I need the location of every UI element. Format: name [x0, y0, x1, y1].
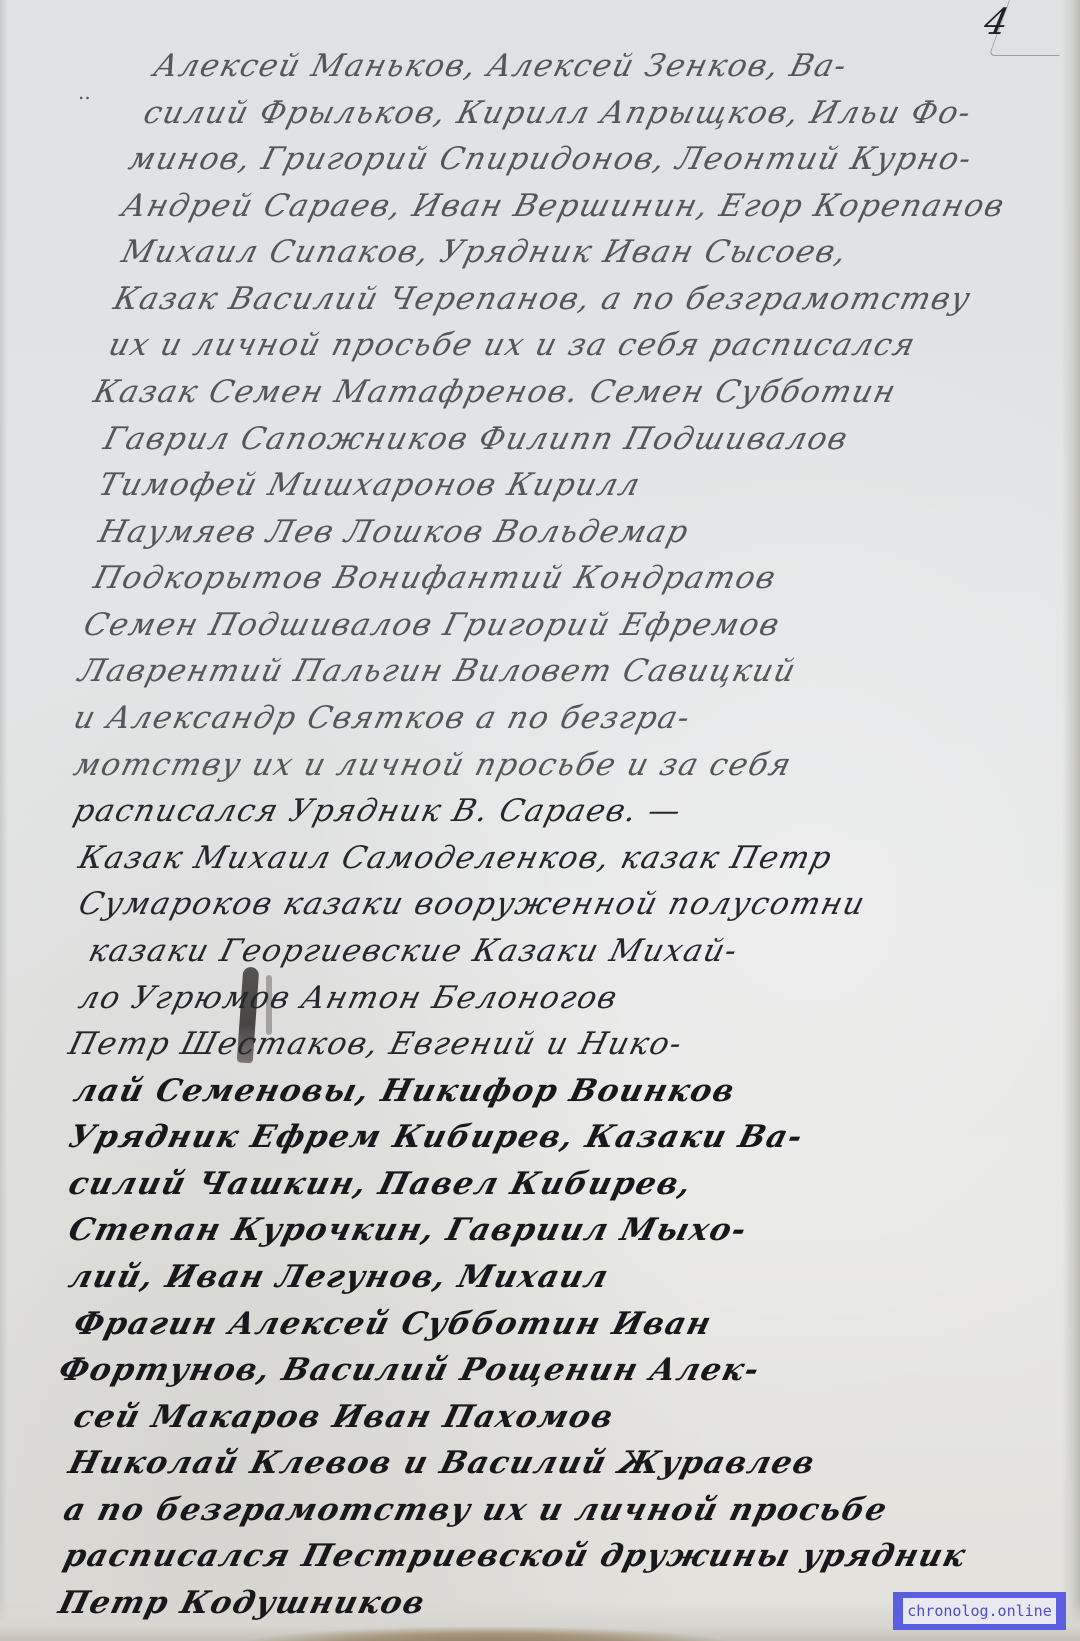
paper-right-edge	[1062, 0, 1080, 1641]
text-line: Казак Василий Черепанов, а по безграмотс…	[110, 281, 975, 317]
text-line: Подкорытов Вонифантий Кондратов	[90, 560, 780, 596]
text-line: а по безграмотству их и личной просьбе	[60, 1492, 892, 1528]
text-line: минов, Григорий Спиридонов, Леонтий Курн…	[125, 141, 976, 177]
text-line: Лаврентий Пальгин Виловет Савицкий	[75, 653, 800, 689]
text-line: Тимофей Мишхаронов Кирилл	[95, 467, 645, 503]
text-line: Сумароков казаки вооруженной полусотни	[75, 886, 869, 922]
text-line: Алексей Маньков, Алексей Зенков, Ва-	[150, 48, 851, 84]
text-line: Степан Курочкин, Гавриил Мыхо-	[65, 1212, 751, 1248]
text-line: Казак Семен Матафренов. Семен Субботин	[90, 374, 900, 410]
text-line: их и личной просьбе их и за себя расписа…	[105, 327, 920, 363]
text-line: ло Угрюмов Антон Белоногов	[75, 980, 622, 1016]
text-line: Николай Клевов и Василий Журавлев	[65, 1445, 820, 1481]
text-line: Михаил Сипаков, Урядник Иван Сысоев,	[118, 234, 852, 270]
text-line: лий, Иван Легунов, Михаил	[65, 1259, 613, 1295]
text-line: Петр Кодушников	[55, 1585, 430, 1621]
text-line: Гаврил Сапожников Филипп Подшивалов	[100, 421, 852, 457]
text-line: Фортунов, Василий Рощенин Алек-	[55, 1352, 764, 1388]
text-line: и Александр Святков а по безгра-	[70, 700, 695, 736]
text-line: лай Семеновы, Никифор Воинков	[70, 1073, 739, 1109]
watermark-badge: chronolog.online	[893, 1592, 1066, 1630]
text-line: Семен Подшивалов Григорий Ефремов	[80, 607, 784, 643]
text-line: Казак Михаил Самоделенков, казак Петр	[75, 840, 836, 876]
paper-left-edge	[0, 0, 8, 1641]
text-line: Урядник Ефрем Кибирев, Казаки Ва-	[65, 1119, 807, 1155]
document-page: 4 .. Алексей Маньков, Алексей	[0, 0, 1080, 1641]
text-line: мотству их и личной просьбе и за себя	[70, 747, 796, 783]
margin-mark: ..	[78, 80, 91, 104]
text-line: силий Фрыльков, Кирилл Апрыщков, Ильи Фо…	[140, 95, 976, 131]
text-line: Наумяев Лев Лошков Вольдемар	[95, 514, 693, 550]
text-line: Петр Шестаков, Евгений и Нико-	[65, 1026, 687, 1062]
text-line: расписался Урядник В. Сараев. —	[70, 793, 686, 829]
watermark-text: chronolog.online	[903, 1598, 1056, 1624]
text-line: силий Чашкин, Павел Кибирев,	[65, 1166, 696, 1202]
text-line: Фрагин Алексей Субботин Иван	[70, 1306, 716, 1342]
text-line: Андрей Сараев, Иван Вершинин, Егор Кореп…	[118, 188, 1009, 224]
text-line: сей Макаров Иван Пахомов	[70, 1399, 618, 1435]
text-line: расписался Пестриевской дружины урядник	[60, 1538, 970, 1574]
text-line: казаки Георгиевские Казаки Михай-	[85, 933, 742, 969]
